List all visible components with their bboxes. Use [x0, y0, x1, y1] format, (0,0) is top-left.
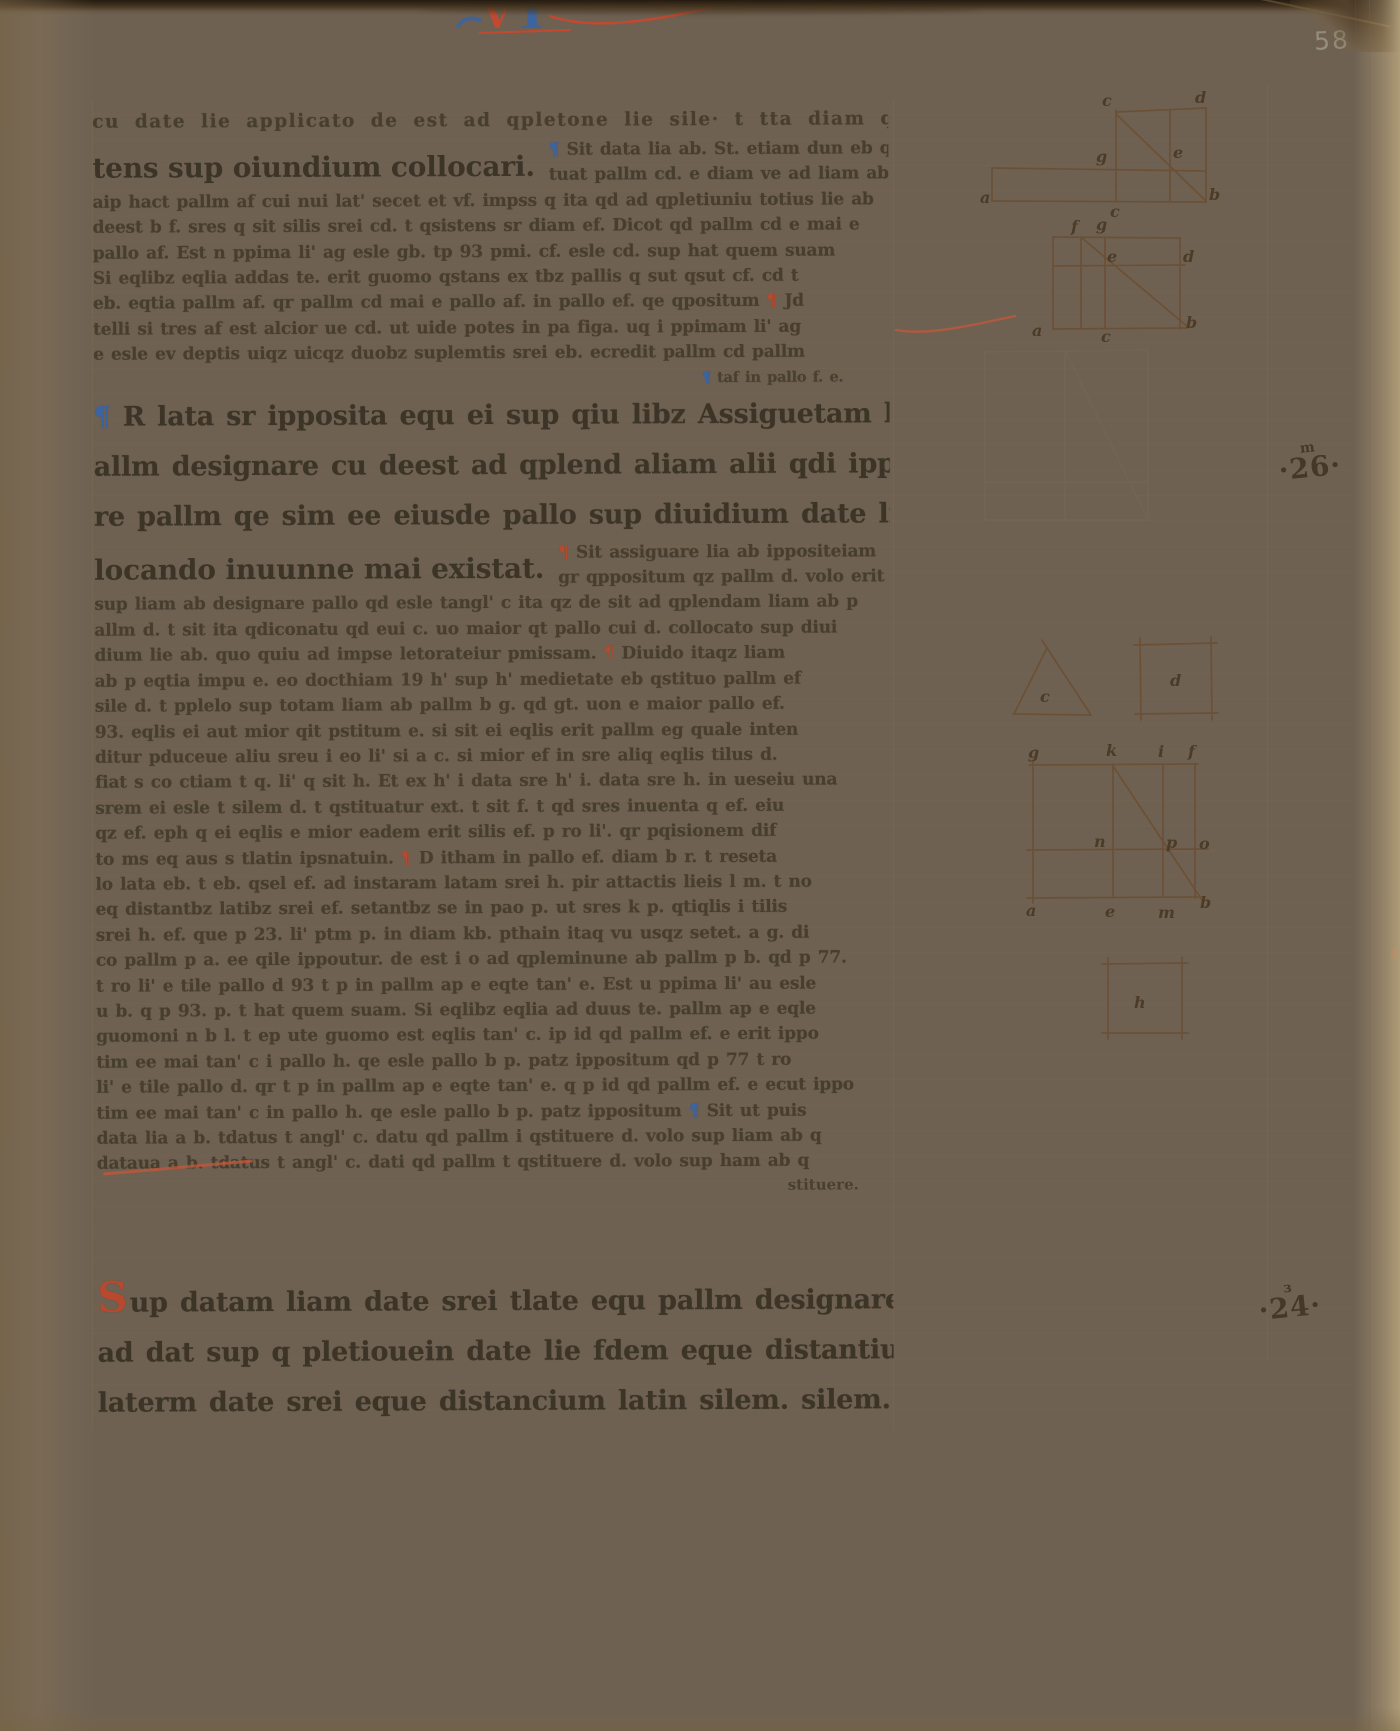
text-segment: pallo af. Est n ppima li' ag esle gb. tp… — [93, 240, 835, 263]
text-segment: ab p eqtia impu e. eo docthiam 19 h' sup… — [95, 668, 801, 691]
margin-proposition-24: ɜ ·24· — [1256, 1279, 1322, 1324]
page-edge-right — [1354, 0, 1400, 1731]
text-segment: fiat s co ctiam t q. li' q sit h. Et ex … — [95, 770, 837, 793]
paraph-mark: ¶ — [93, 401, 122, 432]
text-segment: Sit assiguare lia ab ippositeiam — [576, 541, 876, 562]
text-line: re pallm qe sim ee eiusde pallo sup diui… — [94, 489, 890, 542]
diagram-2-labels: f g e d a c b — [1032, 215, 1197, 346]
text-line: tuat pallm cd. e diam ve ad liam ab — [549, 162, 889, 189]
diagram-label: c — [1040, 687, 1050, 706]
manuscript-page: V I 58 cu date lie applicato de est ad q… — [0, 0, 1400, 1731]
interline-note: ¶ taf in pallo f. e. — [93, 365, 889, 392]
text-segment: lo lata eb. t eb. qsel ef. ad instaram l… — [95, 872, 811, 895]
diagram-label: d — [1170, 671, 1181, 690]
text-line: li' e tile pallo d. qr t p in pallm ap e… — [96, 1072, 892, 1101]
diagram-label: c — [1102, 91, 1112, 110]
text-segment: dataua a b. tdatus t angl' c. dati qd pa… — [97, 1151, 810, 1174]
text-segment: ditur pduceue aliu sreu i eo li' si a c.… — [95, 745, 778, 768]
diagram-5-shape — [1027, 760, 1208, 903]
text-line: dium lie ab. quo quiu ad impse letoratei… — [94, 641, 890, 670]
display-line-row-2: locando inuunne mai existat. ¶ Sit assig… — [94, 539, 890, 593]
binding-edge-shadow — [420, 6, 980, 14]
text-line: laterm date srei eque distancium latin s… — [98, 1375, 894, 1428]
margin-proposition-26: m ·26· — [1276, 439, 1342, 484]
diagram-5-labels: g k i f n p o a e m b — [1026, 741, 1211, 922]
text-segment: up datam liam date srei tlate equ pallm … — [130, 1284, 894, 1319]
text-line: sile d. t pplelo sup totam liam ab pallm… — [95, 691, 891, 720]
paraph-mark: ¶ — [604, 644, 622, 664]
text-line: ditur pduceue aliu sreu i eo li' si a c.… — [95, 742, 891, 771]
proposition-number: ·24· — [1257, 1291, 1322, 1324]
text-line: sup liam ab designare pallo qd esle tang… — [94, 590, 890, 619]
text-segment: Si eqlibz eqlia addas te. erit guomo qst… — [93, 266, 799, 289]
text-line: Si eqlibz eqlia addas te. erit guomo qst… — [93, 263, 889, 292]
text-segment: 93. eqlis ei aut mior qit pstitum e. si … — [95, 719, 798, 742]
text-segment: srei h. ef. que p 23. li' ptm p. in diam… — [96, 922, 810, 945]
text-line: eq distantbz latibz srei ef. setantbz se… — [96, 895, 892, 924]
diagram-label: a — [980, 188, 990, 207]
margin-diagrams: c d g e a c b f g e d a c b — [930, 70, 1270, 1060]
text-line: gr qppositum qz pallm d. volo erit — [558, 564, 890, 591]
text-line: aip hact pallm af cui nui lat' secet et … — [92, 187, 888, 216]
blank-gap — [97, 1194, 893, 1277]
page-crease-line — [1355, 0, 1356, 1731]
diagram-label: b — [1200, 893, 1211, 912]
text-segment: allm d. t sit ita qdiconatu qd eui c. uo… — [94, 617, 837, 640]
text-segment: tim ee mai tan' c i pallo h. qe esle pal… — [96, 1049, 791, 1072]
text-line: ¶ taf in pallo f. e. — [93, 365, 889, 392]
text-line: srem ei esle t silem d. t qstituatur ext… — [95, 793, 891, 822]
diagram-label: m — [1158, 903, 1175, 922]
diagram-label: c — [1101, 327, 1111, 346]
diagram-2-shape — [1053, 237, 1188, 329]
text-segment: srem ei esle t silem d. t qstituatur ext… — [95, 795, 784, 818]
text-segment: ad dat sup q pletiouein date lie fdem eq… — [97, 1334, 893, 1369]
display-line-row-1: tens sup oiundium collocari. ¶ Sit data … — [92, 136, 888, 190]
display-text: tens sup oiundium collocari. — [92, 145, 535, 191]
text-segment: cu date lie applicato de est ad qpletone… — [92, 108, 888, 133]
text-segment: eq distantbz latibz srei ef. setantbz se… — [96, 897, 788, 920]
text-line: u b. q p 93. p. t hat quem suam. Si eqli… — [96, 996, 892, 1025]
paragraph-b: sup liam ab designare pallo qd esle tang… — [94, 590, 893, 1178]
text-line: srei h. ef. que p 23. li' ptm p. in diam… — [96, 920, 892, 949]
diagram-label: e — [1107, 247, 1117, 266]
diagram-label: f — [1187, 742, 1198, 761]
side-lines: ¶ Sit assiguare lia ab ippositeiamgr qpp… — [544, 539, 890, 591]
text-segment: co pallm p a. ee qile ippoutur. de est i… — [96, 948, 847, 971]
diagram-label: g — [1028, 743, 1039, 762]
diagram-label: e — [1173, 143, 1183, 162]
text-line: pallo af. Est n ppima li' ag esle gb. tp… — [93, 238, 889, 267]
text-line: tim ee mai tan' c in pallo h. qe esle pa… — [96, 1098, 892, 1127]
diagram-label: a — [1032, 321, 1042, 340]
diagram-label: g — [1096, 215, 1107, 234]
text-segment: Sit ut puis — [707, 1100, 807, 1120]
diagram-label: e — [1105, 902, 1115, 921]
display-text: locando inuunne mai existat. — [94, 547, 544, 593]
diagram-label: a — [1026, 901, 1036, 920]
text-segment: eb. eqtia pallm af. qr pallm cd mai e pa… — [93, 291, 767, 314]
diagram-label: i — [1158, 742, 1164, 761]
text-segment: Sit data lia ab. St. etiam dun eb qsti — [567, 138, 889, 160]
diagram-label: n — [1094, 832, 1106, 851]
paraph-mark: ¶ — [401, 848, 419, 868]
text-block: cu date lie applicato de est ad qpletone… — [92, 102, 894, 1428]
text-line: cu date lie applicato de est ad qpletone… — [92, 102, 888, 139]
diagram-label: d — [1195, 88, 1206, 107]
diagram-label: k — [1106, 741, 1117, 760]
text-line: eb. eqtia pallm af. qr pallm cd mai e pa… — [93, 289, 889, 318]
text-segment: data lia a b. tdatus t angl' c. datu qd … — [97, 1126, 822, 1149]
diagram-3-shape — [1013, 640, 1091, 715]
text-line: allm designare cu deest ad qplend aliam … — [94, 439, 890, 492]
diagram-label: f — [1070, 217, 1081, 236]
text-segment: telli si tres af est alcior ue cd. ut ui… — [93, 316, 801, 339]
text-segment: u b. q p 93. p. t hat quem suam. Si eqli… — [96, 999, 816, 1022]
text-segment: to ms eq aus s tlatin ipsnatuin. — [95, 848, 401, 869]
text-segment: gr qppositum qz pallm d. volo erit — [558, 566, 884, 587]
diagram-label: o — [1199, 834, 1210, 853]
gutter-shadow — [0, 0, 95, 1731]
red-flourish — [893, 310, 1021, 338]
text-line: lo lata eb. t eb. qsel ef. ad instaram l… — [95, 869, 891, 898]
display-paragraph: ¶ R lata sr ipposita equ ei sup qiu libz… — [93, 389, 890, 542]
paragraph-a: aip hact pallm af cui nui lat' secet et … — [92, 187, 889, 368]
text-line: co pallm p a. ee qile ippoutur. de est i… — [96, 945, 892, 974]
diagram-label: c — [1110, 202, 1120, 221]
paraph-mark: ¶ — [702, 369, 717, 386]
text-segment: laterm date srei eque distancium latin s… — [98, 1384, 891, 1418]
text-line: tim ee mai tan' c i pallo h. qe esle pal… — [96, 1047, 892, 1076]
text-line: qz ef. eph q ei eqlis e mior eadem erit … — [95, 818, 891, 847]
paraph-mark: ¶ — [767, 291, 785, 311]
text-segment: guomoni n b l. t ep ute guomo est eqlis … — [96, 1024, 819, 1047]
diagram-label: d — [1183, 247, 1194, 266]
text-segment: deest b f. sres q sit silis srei cd. t q… — [93, 215, 860, 238]
diagram-label: g — [1096, 147, 1107, 166]
page-edge-bottom — [0, 1707, 1400, 1731]
text-segment: e esle ev deptis uiqz uicqz duobz suplem… — [93, 342, 805, 365]
paraph-mark: S — [97, 1274, 130, 1321]
page-edge-line — [1369, 0, 1370, 1731]
text-segment: taf in pallo f. e. — [717, 368, 843, 386]
text-segment: dium lie ab. quo quiu ad impse letoratei… — [94, 644, 603, 666]
diagram-label: p — [1166, 833, 1177, 852]
text-line: t ro li' e tile pallo d 93 t p in pallm … — [96, 971, 892, 1000]
text-line: deest b f. sres q sit silis srei cd. t q… — [93, 212, 889, 241]
proposition-number: ·26· — [1277, 451, 1342, 484]
text-line: 93. eqlis ei aut mior qit pstitum e. si … — [95, 717, 891, 746]
right-text-boundary — [893, 100, 894, 1430]
text-segment: sile d. t pplelo sup totam liam ab pallm… — [95, 694, 785, 717]
text-segment: tim ee mai tan' c in pallo h. qe esle pa… — [96, 1101, 688, 1124]
text-segment: allm designare cu deest ad qplend aliam … — [94, 447, 890, 482]
text-line: guomoni n b l. t ep ute guomo est eqlis … — [96, 1022, 892, 1051]
text-segment: t ro li' e tile pallo d 93 t p in pallm … — [96, 973, 816, 996]
text-segment: qz ef. eph q ei eqlis e mior eadem erit … — [95, 821, 776, 844]
text-line: Sup datam liam date srei tlate equ pallm… — [97, 1274, 893, 1328]
paraph-mark: ¶ — [689, 1101, 707, 1121]
closing-display-paragraph: Sup datam liam date srei tlate equ pallm… — [97, 1274, 894, 1428]
text-line: telli si tres af est alcior ue cd. ut ui… — [93, 314, 889, 343]
paraph-mark: ¶ — [549, 140, 567, 160]
text-line: fiat s co ctiam t q. li' q sit h. Et ex … — [95, 768, 891, 797]
text-segment: li' e tile pallo d. qr t p in pallm ap e… — [96, 1075, 854, 1098]
text-line: allm d. t sit ita qdiconatu qd eui c. uo… — [94, 615, 890, 644]
text-segment: D itham in pallo ef. diam b r. t reseta — [419, 846, 777, 868]
text-line: ¶ R lata sr ipposita equ ei sup qiu libz… — [93, 389, 889, 442]
text-segment: aip hact pallm af cui nui lat' secet et … — [92, 189, 873, 212]
text-segment: Jd — [784, 291, 804, 311]
text-line: ad dat sup q pletiouein date lie fdem eq… — [97, 1325, 893, 1378]
text-line: e esle ev deptis uiqz uicqz duobz suplem… — [93, 340, 889, 369]
diagram-label: b — [1209, 185, 1220, 204]
text-segment: tuat pallm cd. e diam ve ad liam ab — [549, 164, 889, 185]
ghost-sketch — [985, 350, 1148, 520]
text-line: ¶ Sit assiguare lia ab ippositeiam — [558, 539, 890, 566]
text-segment: Diuido itaqz liam — [621, 643, 785, 664]
paraph-mark: ¶ — [558, 542, 576, 562]
text-line: data lia a b. tdatus t angl' c. datu qd … — [97, 1123, 893, 1152]
text-line: to ms eq aus s tlatin ipsnatuin. ¶ D ith… — [95, 844, 891, 873]
text-line: ¶ Sit data lia ab. St. etiam dun eb qsti — [549, 136, 889, 163]
opening-lines: cu date lie applicato de est ad qpletone… — [92, 102, 888, 139]
diagram-label: h — [1134, 993, 1146, 1012]
text-segment: sup liam ab designare pallo qd esle tang… — [94, 592, 858, 615]
diagram-label: b — [1186, 313, 1197, 332]
text-segment: re pallm qe sim ee eiusde pallo sup diui… — [94, 498, 890, 533]
text-line: ab p eqtia impu e. eo docthiam 19 h' sup… — [95, 666, 891, 695]
text-segment: R lata sr ipposita equ ei sup qiu libz A… — [123, 398, 890, 433]
side-lines: ¶ Sit data lia ab. St. etiam dun eb qsti… — [535, 136, 889, 188]
